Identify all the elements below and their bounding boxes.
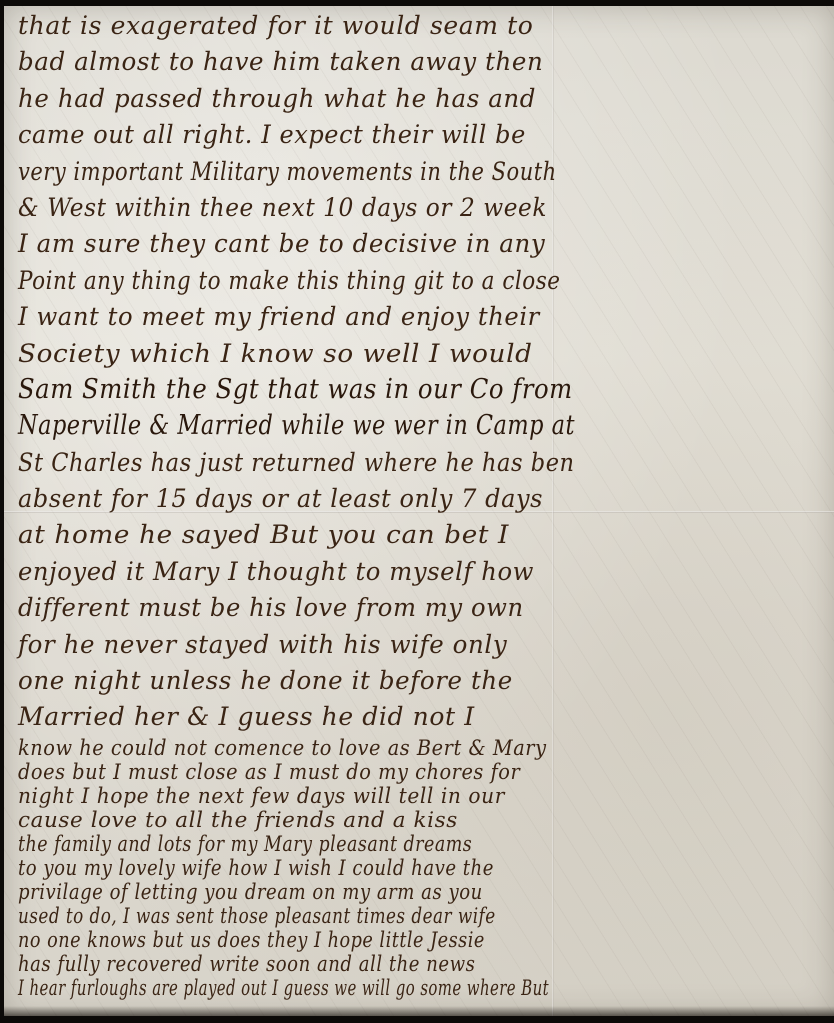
letter-line: Naperville & Married while we wer in Cam… [18,408,682,444]
letter-line: very important Military movements in the… [18,154,690,190]
letter-line: I hear furloughs are played out I guess … [18,976,586,1000]
letter-line: does but I must close as I must do my ch… [18,760,754,784]
letter-line: at home he sayed But you can bet I [18,517,834,553]
letter-line: absent for 15 days or at least only 7 da… [18,481,786,517]
letter-line: Sam Smith the Sgt that was in our Co fro… [18,372,738,408]
letter-line: I am sure they cant be to decisive in an… [18,226,802,262]
letter-line: bad almost to have him taken away then [18,44,802,80]
letter-line: the family and lots for my Mary pleasant… [18,832,682,856]
letter-line: know he could not comence to love as Ber… [18,736,754,760]
letter-line: that is exagerated for it would seam to [18,8,818,44]
letter-line: & West within thee next 10 days or 2 wee… [18,190,762,226]
letter-body: that is exagerated for it would seam to … [18,8,818,1000]
letter-line: I want to meet my friend and enjoy their [18,299,794,335]
letter-line: privilage of letting you dream on my arm… [18,880,706,904]
letter-line: no one knows but us does they I hope lit… [18,928,690,952]
letter-line: he had passed through what he has and [18,81,802,117]
letter-line: enjoyed it Mary I thought to myself how [18,554,794,590]
letter-line: St Charles has just returned where he ha… [18,445,738,481]
letter-page: that is exagerated for it would seam to … [4,6,834,1016]
letter-line: different must be his love from my own [18,590,794,626]
letter-line: used to do, I was sent those pleasant ti… [18,904,658,928]
letter-line: to you my lovely wife how I wish I could… [18,856,706,880]
letter-line: one night unless he done it before the [18,663,802,699]
letter-line: for he never stayed with his wife only [18,627,802,663]
letter-line: has fully recovered write soon and all t… [18,952,706,976]
letter-line: cause love to all the friends and a kiss [18,808,834,832]
letter-line: came out all right. I expect their will … [18,117,786,153]
letter-line: Society which I know so well I would [18,336,834,372]
scan-background: that is exagerated for it would seam to … [0,0,834,1023]
letter-line: night I hope the next few days will tell… [18,784,786,808]
page-edge-shadow [4,1006,834,1016]
letter-line: Married her & I guess he did not I [18,699,818,735]
letter-line: Point any thing to make this thing git t… [18,263,706,299]
